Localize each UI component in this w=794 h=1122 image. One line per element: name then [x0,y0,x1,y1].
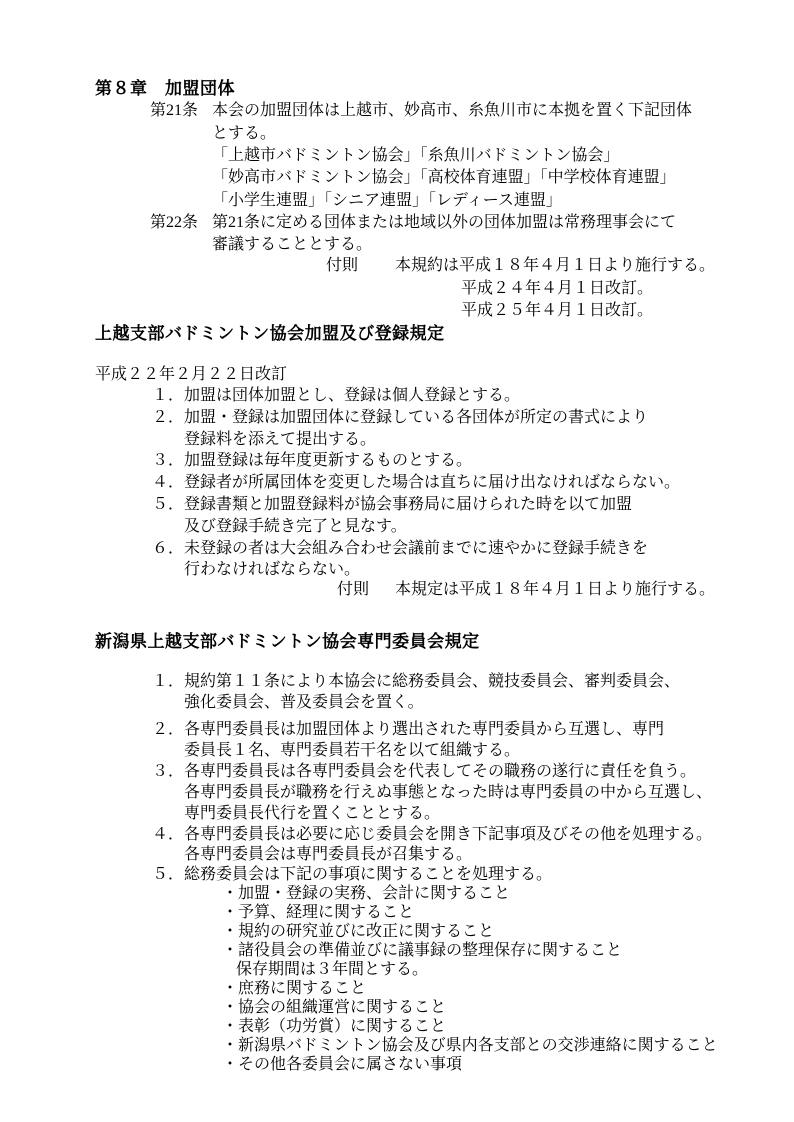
article-21-label: 第21条 [150,102,198,119]
text-line: とする。 [212,125,276,142]
text-line: 「妙高市バドミントン協会」「高校体育連盟」「中学校体育連盟」 [212,169,676,186]
text-line: 第21条に定める団体または地域以外の団体加盟は常務理事会にて [212,214,676,231]
text-line: 本会の加盟団体は上越市、妙高市、糸魚川市に本拠を置く下記団体 [212,102,692,119]
text-line: 強化委員会、普及委員会を置く。 [184,694,424,711]
text-line: 専門委員長代行を置くこととする。 [184,805,440,822]
text-line: 登録料を添えて提出する。 [184,431,376,448]
article-22-label: 第22条 [150,214,198,231]
text-line: 平成２５年４月１日改訂。 [461,302,653,319]
text-line: ３．各専門委員長は各専門委員会を代表してその職務の遂行に責任を負う。 [152,763,696,780]
bullet-item: ・予算、経理に関すること [222,904,414,921]
text-line: ５．登録書類と加盟登録料が協会事務局に届けられた時を以て加盟 [152,496,632,513]
registration-rules-heading: 上越支部バドミントン協会加盟及び登録規定 [95,325,445,342]
text-line: ４．登録者が所属団体を変更した場合は直ちに届け出なければならない。 [152,474,680,491]
text-line: 本規定は平成１８年４月１日より施行する。 [395,581,715,598]
text-line: 委員長１名、専門委員若干名を以て組織する。 [184,742,520,759]
text-line: ３．加盟登録は毎年度更新するものとする。 [152,452,472,469]
revision-date: 平成２２年２月２２日改訂 [95,366,287,383]
text-line: ２．加盟・登録は加盟団体に登録している各団体が所定の書式により [152,409,648,426]
text-line: １．規約第１１条により本協会に総務委員会、競技委員会、審判委員会、 [152,673,680,690]
document-page: 第８章 加盟団体第21条本会の加盟団体は上越市、妙高市、糸魚川市に本拠を置く下記… [0,0,794,1122]
text-line: 「上越市バドミントン協会」「糸魚川バドミントン協会」 [212,147,619,164]
text-line: １．加盟は団体加盟とし、登録は個人登録とする。 [152,387,520,404]
text-line: ４．各専門委員長は必要に応じ委員会を開き下記事項及びその他を処理する。 [152,826,712,843]
text-line: 及び登録手続き完了と見なす。 [184,518,407,535]
bullet-item: ・表彰（功労賞）に関すること [222,1018,446,1035]
text-line: 各専門委員会は専門委員長が召集する。 [184,846,472,863]
text-line: 行わなければならない。 [184,561,360,578]
text-line: ２．各専門委員長は加盟団体より選出された専門委員から互選し、専門 [152,721,664,738]
text-line: 平成２４年４月１日改訂。 [461,280,653,297]
bullet-item: ・規約の研究並びに改正に関すること [222,923,494,940]
bullet-item: ・諸役員会の準備並びに議事録の整理保存に関すること [222,942,622,959]
chapter8-heading: 第８章 加盟団体 [95,80,235,97]
supplementary-provision-label: 付則 [337,581,369,598]
bullet-item: ・その他各委員会に属さない事項 [222,1056,462,1073]
bullet-item-continuation: 保存期間は３年間とする。 [236,961,428,978]
text-line: 本規約は平成１８年４月１日より施行する。 [395,257,715,274]
bullet-item: ・新潟県バドミントン協会及び県内各支部との交渉連絡に関すること [222,1037,718,1054]
text-line: ５．総務委員会は下記の事項に関することを処理する。 [152,866,552,883]
supplementary-provision-label: 付則 [326,257,358,274]
bullet-item: ・加盟・登録の実務、会計に関すること [222,885,510,902]
text-line: 「小学生連盟」「シニア連盟」「レディース連盟」 [212,192,562,209]
committee-rules-heading: 新潟県上越支部バドミントン協会専門委員会規定 [95,633,480,650]
bullet-item: ・庶務に関すること [222,980,366,997]
text-line: ６．未登録の者は大会組み合わせ会議前までに速やかに登録手続きを [152,540,648,557]
text-line: 各専門委員長が職務を行えぬ事態となった時は専門委員の中から互選し、 [184,784,712,801]
bullet-item: ・協会の組織運営に関すること [222,999,446,1016]
text-line: 審議することとする。 [212,236,372,253]
